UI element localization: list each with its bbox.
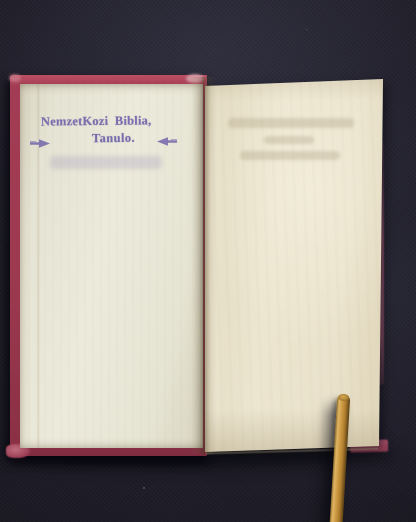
right-flyleaf-page (202, 78, 386, 454)
ghost-text-impression (240, 151, 340, 160)
dust-speck (306, 29, 307, 30)
ghost-text-impression (264, 136, 314, 144)
manicule-left-icon (156, 136, 178, 147)
dust-speck (143, 487, 145, 489)
ownership-stamp: NemzetKozi Biblia, Tanulo. (20, 84, 203, 448)
stamp-line-1: NemzetKozi Biblia, (41, 113, 152, 129)
stamp-offset-ghost (50, 156, 162, 169)
manicule-right-icon (29, 138, 51, 149)
cover-worn-spot (9, 74, 21, 82)
right-page-surface (202, 78, 386, 454)
left-endpaper-page: NemzetKozi Biblia, Tanulo. (20, 84, 203, 448)
photo-open-book-scene: NemzetKozi Biblia, Tanulo. (0, 0, 416, 522)
ghost-text-impression (228, 118, 354, 128)
front-cover-board: NemzetKozi Biblia, Tanulo. (10, 75, 207, 456)
stamp-line-2: Tanulo. (92, 131, 135, 146)
page-gutter-shadow (190, 77, 217, 454)
